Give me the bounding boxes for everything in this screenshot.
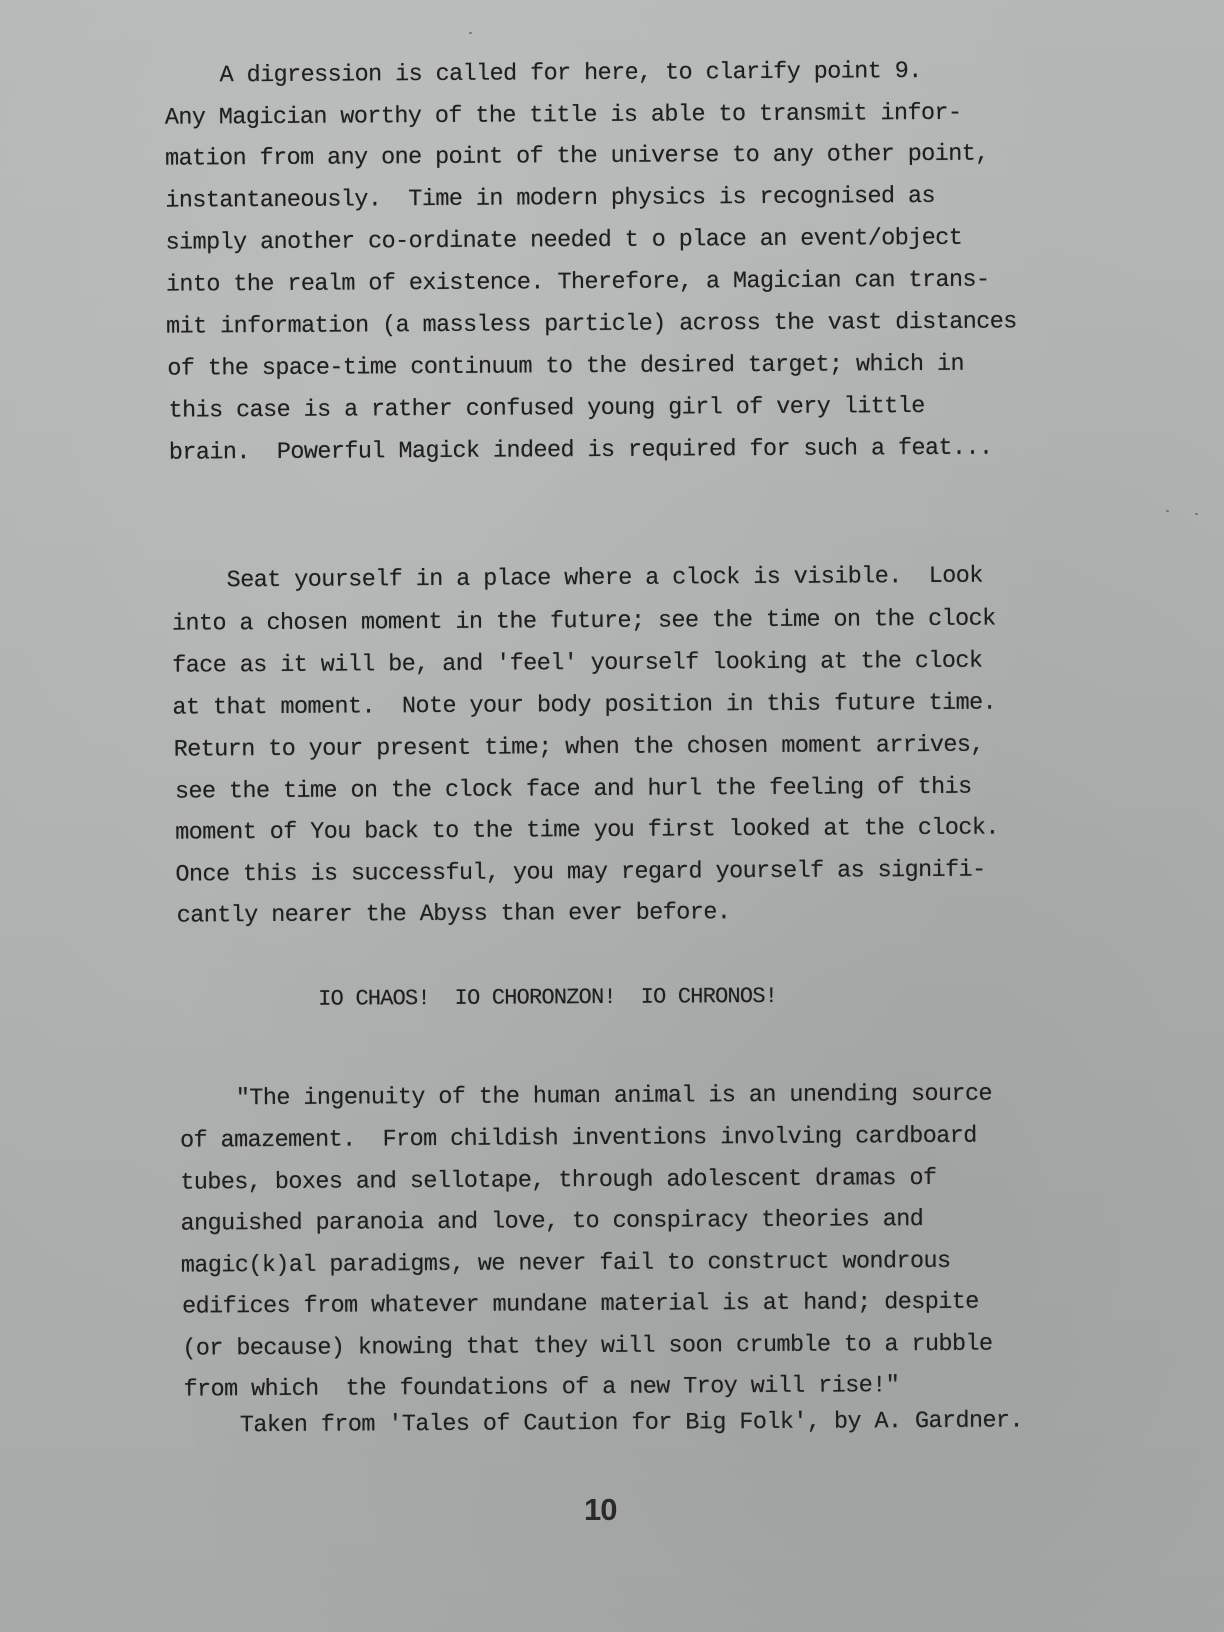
text-line: mit information (a massless particle) ac… <box>166 310 1017 339</box>
text-line: edifices from whatever mundane material … <box>182 1291 979 1319</box>
text-line: instantaneously. Time in modern physics … <box>165 185 935 213</box>
attribution-line: Taken from 'Tales of Caution for Big Fol… <box>240 1409 1023 1437</box>
text-line: Return to your present time; when the ch… <box>174 734 984 762</box>
text-line: mation from any one point of the univers… <box>165 143 989 172</box>
text-line: moment of You back to the time you first… <box>175 817 999 846</box>
text-line: magic(k)al paradigms, we never fail to c… <box>181 1250 951 1278</box>
invocation-line: IO CHAOS! IO CHORONZON! IO CHRONOS! <box>318 984 777 1012</box>
text-line: into the realm of existence. Therefore, … <box>166 269 990 298</box>
text-line: this case is a rather confused young gir… <box>169 395 925 423</box>
typewritten-text-block: A digression is called for here, to clar… <box>0 0 1224 1632</box>
text-line: of the space-time continuum to the desir… <box>167 353 964 381</box>
paragraph-quote: "The ingenuity of the human animal is an… <box>0 0 1219 4</box>
text-line: from which the foundations of a new Troy… <box>184 1374 900 1402</box>
document-page: A digression is called for here, to clar… <box>0 0 1224 1632</box>
text-line: see the time on the clock face and hurl … <box>175 776 972 804</box>
text-line: at that moment. Note your body position … <box>172 692 996 721</box>
text-line: Any Magician worthy of the title is able… <box>165 102 962 130</box>
text-line: tubes, boxes and sellotape, through adol… <box>180 1167 936 1195</box>
paper-speck <box>1195 513 1198 515</box>
text-line: (or because) knowing that they will soon… <box>182 1333 992 1361</box>
text-line: face as it will be, and 'feel' yourself … <box>172 650 982 678</box>
text-line: into a chosen moment in the future; see … <box>172 608 996 637</box>
paragraph-clock-exercise: Seat yourself in a place where a clock i… <box>0 0 1219 4</box>
text-line: Once this is successful, you may regard … <box>175 859 985 887</box>
paper-speck <box>469 32 472 34</box>
text-line: simply another co-ordinate needed t o pl… <box>166 227 963 255</box>
text-line: cantly nearer the Abyss than ever before… <box>177 901 731 928</box>
page-number: 10 <box>584 1492 616 1528</box>
paper-speck <box>1166 510 1169 512</box>
text-line: of amazement. From childish inventions i… <box>180 1125 977 1153</box>
text-line: "The ingenuity of the human animal is an… <box>236 1083 992 1111</box>
paragraph-digression: A digression is called for here, to clar… <box>0 0 1219 4</box>
text-line: brain. Powerful Magick indeed is require… <box>169 437 993 466</box>
text-line: Seat yourself in a place where a clock i… <box>227 565 983 593</box>
text-line: anguished paranoia and love, to conspira… <box>181 1208 924 1236</box>
text-line: A digression is called for here, to clar… <box>219 60 921 88</box>
